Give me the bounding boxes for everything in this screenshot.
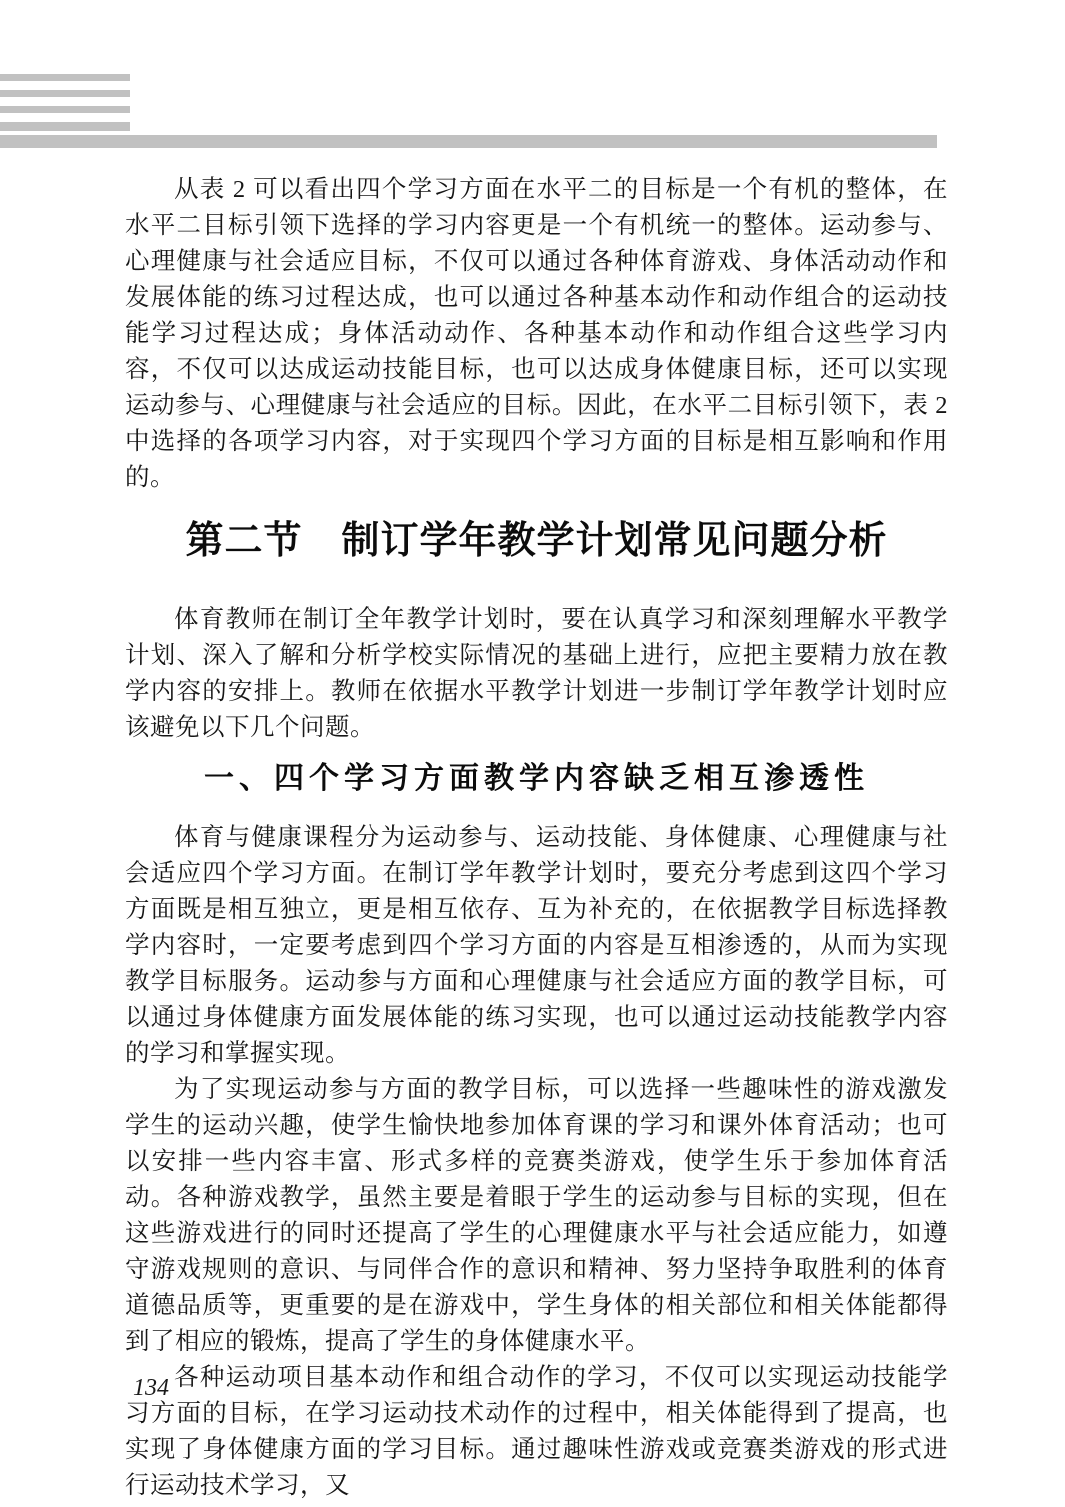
body-paragraph-1: 从表 2 可以看出四个学习方面在水平二的目标是一个有机的整体，在水平二目标引领下… — [125, 172, 948, 496]
page-number: 134 — [133, 1375, 169, 1402]
body-paragraph-3: 体育与健康课程分为运动参与、运动技能、身体健康、心理健康与社会适应四个学习方面。… — [125, 820, 948, 1072]
decor-wide-bar — [0, 135, 937, 148]
section-heading: 第二节 制订学年教学计划常见问题分析 — [125, 516, 948, 566]
subsection-heading: 一、四个学习方面教学内容缺乏相互渗透性 — [125, 756, 948, 802]
decor-short-bar-4 — [0, 122, 130, 131]
text-column: 从表 2 可以看出四个学习方面在水平二的目标是一个有机的整体，在水平二目标引领下… — [125, 172, 948, 1504]
decor-short-bar-1 — [0, 74, 130, 81]
book-page: 从表 2 可以看出四个学习方面在水平二的目标是一个有机的整体，在水平二目标引领下… — [0, 0, 1065, 1507]
body-paragraph-5: 各种运动项目基本动作和组合动作的学习，不仅可以实现运动技能学习方面的目标，在学习… — [125, 1360, 948, 1504]
decor-short-bar-2 — [0, 90, 130, 97]
decor-short-bar-3 — [0, 106, 130, 113]
body-paragraph-4: 为了实现运动参与方面的教学目标，可以选择一些趣味性的游戏激发学生的运动兴趣，使学… — [125, 1072, 948, 1360]
body-paragraph-2: 体育教师在制订全年教学计划时，要在认真学习和深刻理解水平教学计划、深入了解和分析… — [125, 602, 948, 746]
